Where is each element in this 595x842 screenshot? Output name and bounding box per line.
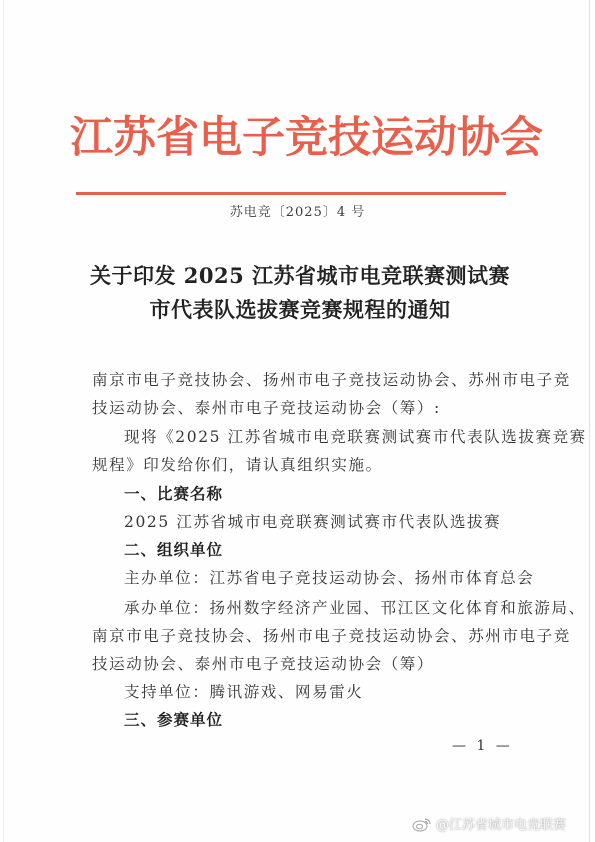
document-title-line-2: 市代表队选拔赛竞赛规程的通知 [60,294,540,326]
weibo-watermark: @江苏省城市电竞联赛 [412,814,566,833]
addressee-line-1: 南京市电子竞技协会、扬州市电子竞技运动协会、苏州市电子竞 [92,370,571,390]
weibo-icon [412,816,432,832]
page-number: — 1 — [452,738,513,754]
intro-line-2: 规程》印发给你们，请认真组织实施。 [92,455,383,475]
document-page: 江苏省电子竞技运动协会 苏电竞〔2025〕4 号 关于印发 2025 江苏省城市… [0,0,595,842]
section-heading-participants: 三、参赛单位 [124,710,223,730]
support-units-line: 支持单位：腾讯游戏、网易雷火 [124,682,363,702]
section-heading-organizers: 二、组织单位 [124,540,223,560]
letterhead-red-rule [76,192,506,195]
letterhead-organization: 江苏省电子竞技运动协会 [70,108,510,168]
intro-line-1: 现将《2025 江苏省城市电竞联赛测试赛市代表队选拔赛竞赛 [124,427,587,447]
scan-edge-left [3,0,4,842]
document-title-line-1: 关于印发 2025 江苏省城市电竞联赛测试赛 [60,260,540,292]
organizer-units-line-3: 技运动协会、泰州市电子竞技运动协会（筹） [92,654,434,674]
section-heading-competition-name: 一、比赛名称 [124,484,223,504]
organizer-units-line-2: 南京市电子竞技协会、扬州市电子竞技运动协会、苏州市电子竞 [92,626,571,646]
document-number: 苏电竞〔2025〕4 号 [0,204,595,222]
competition-name-text: 2025 江苏省城市电竞联赛测试赛市代表队选拔赛 [124,512,501,532]
addressee-line-2: 技运动协会、泰州市电子竞技运动协会（筹）: [92,398,441,418]
host-units-line: 主办单位：江苏省电子竞技运动协会、扬州市体育总会 [124,568,534,588]
scan-edge-right [589,0,590,842]
organizer-units-line-1: 承办单位：扬州数字经济产业园、邗江区文化体育和旅游局、 [124,598,586,618]
watermark-text: @江苏省城市电竞联赛 [436,814,566,833]
